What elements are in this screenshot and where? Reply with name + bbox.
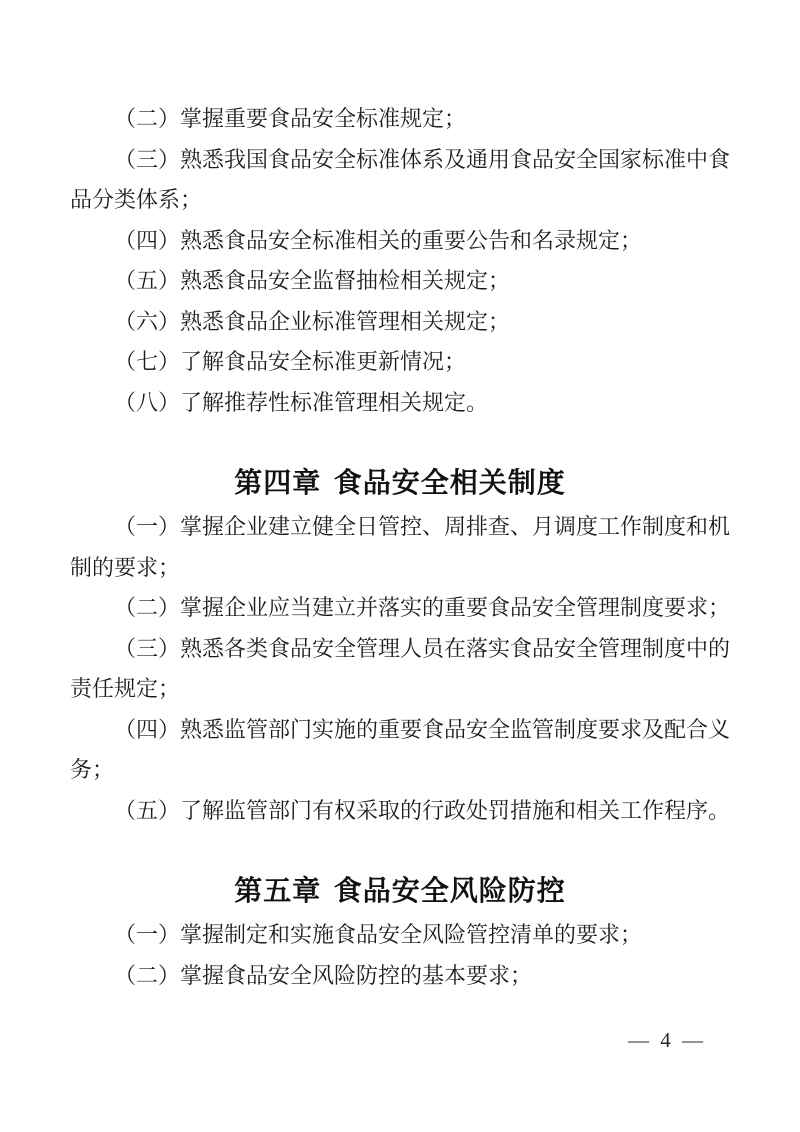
page-number: — 4 — — [628, 1026, 706, 1054]
chapter-title: 食品安全风险防控 — [334, 875, 566, 906]
list-item: （四）熟悉食品安全标准相关的重要公告和名录规定； — [70, 221, 730, 262]
chapter-number: 第四章 — [234, 467, 321, 498]
list-item: （二）掌握重要食品安全标准规定； — [70, 99, 730, 140]
list-item: （三）熟悉各类食品安全管理人员在落实食品安全管理制度中的责任规定； — [70, 629, 730, 710]
list-item: （二）掌握企业应当建立并落实的重要食品安全管理制度要求； — [70, 588, 730, 629]
list-item: （三）熟悉我国食品安全标准体系及通用食品安全国家标准中食品分类体系； — [70, 140, 730, 221]
chapter-number: 第五章 — [234, 875, 321, 906]
section-chapter-3-items: （二）掌握重要食品安全标准规定； （三）熟悉我国食品安全标准体系及通用食品安全国… — [70, 99, 730, 423]
list-item: （七）了解食品安全标准更新情况； — [70, 342, 730, 383]
list-item: （八）了解推荐性标准管理相关规定。 — [70, 383, 730, 424]
list-item: （六）熟悉食品企业标准管理相关规定； — [70, 302, 730, 343]
chapter-heading: 第四章食品安全相关制度 — [70, 459, 730, 507]
list-item: （一）掌握企业建立健全日管控、周排查、月调度工作制度和机制的要求； — [70, 507, 730, 588]
document-body: （二）掌握重要食品安全标准规定； （三）熟悉我国食品安全标准体系及通用食品安全国… — [70, 99, 730, 996]
chapter-heading: 第五章食品安全风险防控 — [70, 867, 730, 915]
list-item: （五）了解监管部门有权采取的行政处罚措施和相关工作程序。 — [70, 791, 730, 832]
document-page: （二）掌握重要食品安全标准规定； （三）熟悉我国食品安全标准体系及通用食品安全国… — [0, 0, 800, 1132]
list-item: （四）熟悉监管部门实施的重要食品安全监管制度要求及配合义务； — [70, 710, 730, 791]
section-chapter-4: 第四章食品安全相关制度 （一）掌握企业建立健全日管控、周排查、月调度工作制度和机… — [70, 459, 730, 831]
chapter-title: 食品安全相关制度 — [334, 467, 566, 498]
list-item: （二）掌握食品安全风险防控的基本要求； — [70, 956, 730, 997]
section-chapter-5: 第五章食品安全风险防控 （一）掌握制定和实施食品安全风险管控清单的要求； （二）… — [70, 867, 730, 996]
list-item: （一）掌握制定和实施食品安全风险管控清单的要求； — [70, 915, 730, 956]
list-item: （五）熟悉食品安全监督抽检相关规定； — [70, 261, 730, 302]
